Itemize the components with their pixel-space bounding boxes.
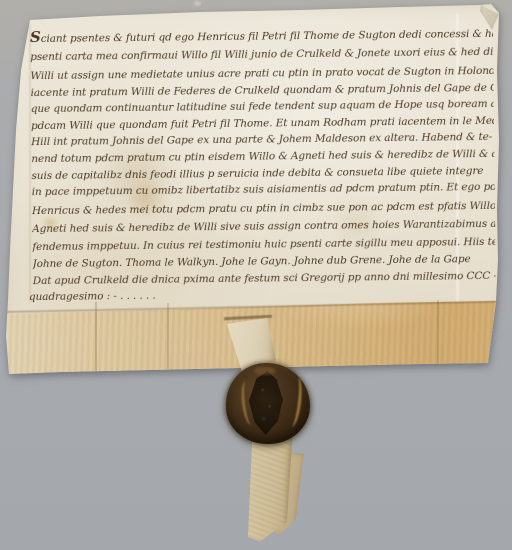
text-line: que quondam continuantur latitudine sui … bbox=[31, 97, 494, 116]
text-line: Henricus & hedes mei totu pdcm pratu cu … bbox=[32, 199, 495, 218]
text-line: Hill int pratum Johnis del Gape ex una p… bbox=[31, 130, 494, 149]
crease-line bbox=[437, 300, 439, 364]
seal-gloss-highlight bbox=[254, 367, 276, 375]
text-line: fendemus imppetuu. In cuius rei testimon… bbox=[32, 235, 495, 254]
text-line: Sciant psentes & futuri qd ego Henricus … bbox=[30, 25, 493, 46]
text-line: psenti carta mea confirmaui Willo fil Wi… bbox=[30, 45, 493, 64]
photo-canvas: Sciant psentes & futuri qd ego Henricus … bbox=[0, 0, 512, 550]
text-line: Willi ut assign une medietate unius acre… bbox=[30, 64, 493, 83]
charter-text: Sciant psentes & futuri qd ego Henricus … bbox=[0, 0, 512, 320]
text-line: quadragesimo : - . . . . . . bbox=[29, 289, 156, 304]
text-line: in pace imppetuum cu omibz libertatibz s… bbox=[32, 180, 495, 199]
text-line: nend totum pdcm pratum cu ptin eisdem Wi… bbox=[31, 147, 494, 166]
crease-line bbox=[167, 303, 169, 369]
text-line: Dat apud Crulkeld die dnica pxima ante f… bbox=[33, 269, 496, 288]
crease-line bbox=[95, 302, 97, 372]
text-line: Agneti hed suis & heredibz de Willi sive… bbox=[32, 217, 495, 236]
text-line: Johne de Sugton. Thoma le Walkyn. Johe l… bbox=[32, 252, 495, 271]
